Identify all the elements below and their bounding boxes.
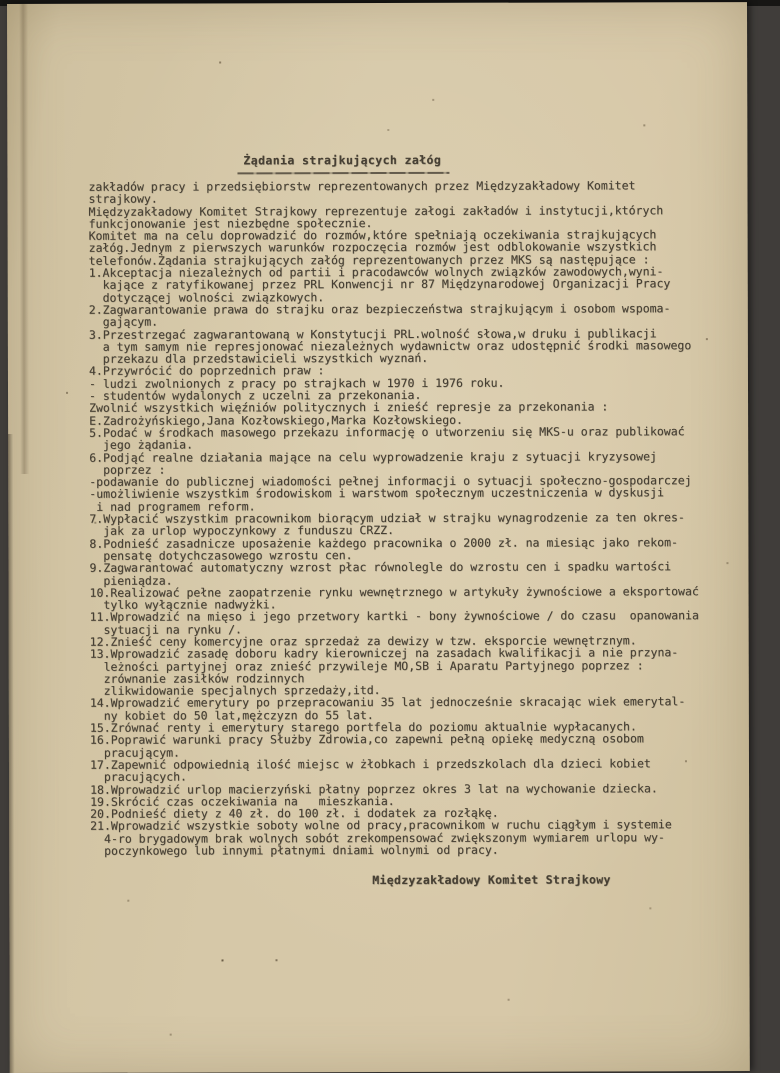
- scan-background: { "page": { "scan_background_color": "#4…: [0, 0, 780, 1073]
- signature: Międzyzakładowy Komitet Strajkowy: [372, 872, 610, 887]
- text-line: kające z ratyfikowanej przez PRL Konwenc…: [89, 278, 698, 292]
- title-underline: [237, 172, 449, 175]
- text-line: 9.Zagwarantować automatyczny wzrost płac…: [89, 560, 698, 574]
- text-line: 2.Zagwarantowanie prawa do strajku oraz …: [89, 302, 698, 316]
- body-lines: zakładów pracy i przedsiębiorstw repreze…: [88, 179, 699, 857]
- text-line: 14.Wprowadzić emerytury po przepracowani…: [90, 696, 699, 710]
- text-line: poczynkowego lub innymi płatnymi dniami …: [90, 843, 699, 857]
- paper-fold-crease: [19, 4, 29, 474]
- text-line: -umożliwienie wszystkim środowiskom i wa…: [89, 487, 698, 501]
- paper-left-edge-shadow: [8, 434, 15, 1073]
- text-line: zakładów pracy i przedsiębiorstw repreze…: [88, 179, 697, 193]
- text-line: 6.Podjąć realne działania mające na celu…: [89, 450, 698, 464]
- document-title: Żądania strajkujących załóg: [243, 153, 441, 168]
- paper-specks: [7, 4, 9, 6]
- text-line: 16.Poprawić warunki pracy Służby Zdrowia…: [90, 733, 699, 747]
- paper-sheet: Żądania strajkujących załóg zakładów pra…: [7, 2, 750, 1073]
- text-line: 11.Wprowadzić na mięso i jego przetwory …: [90, 610, 699, 624]
